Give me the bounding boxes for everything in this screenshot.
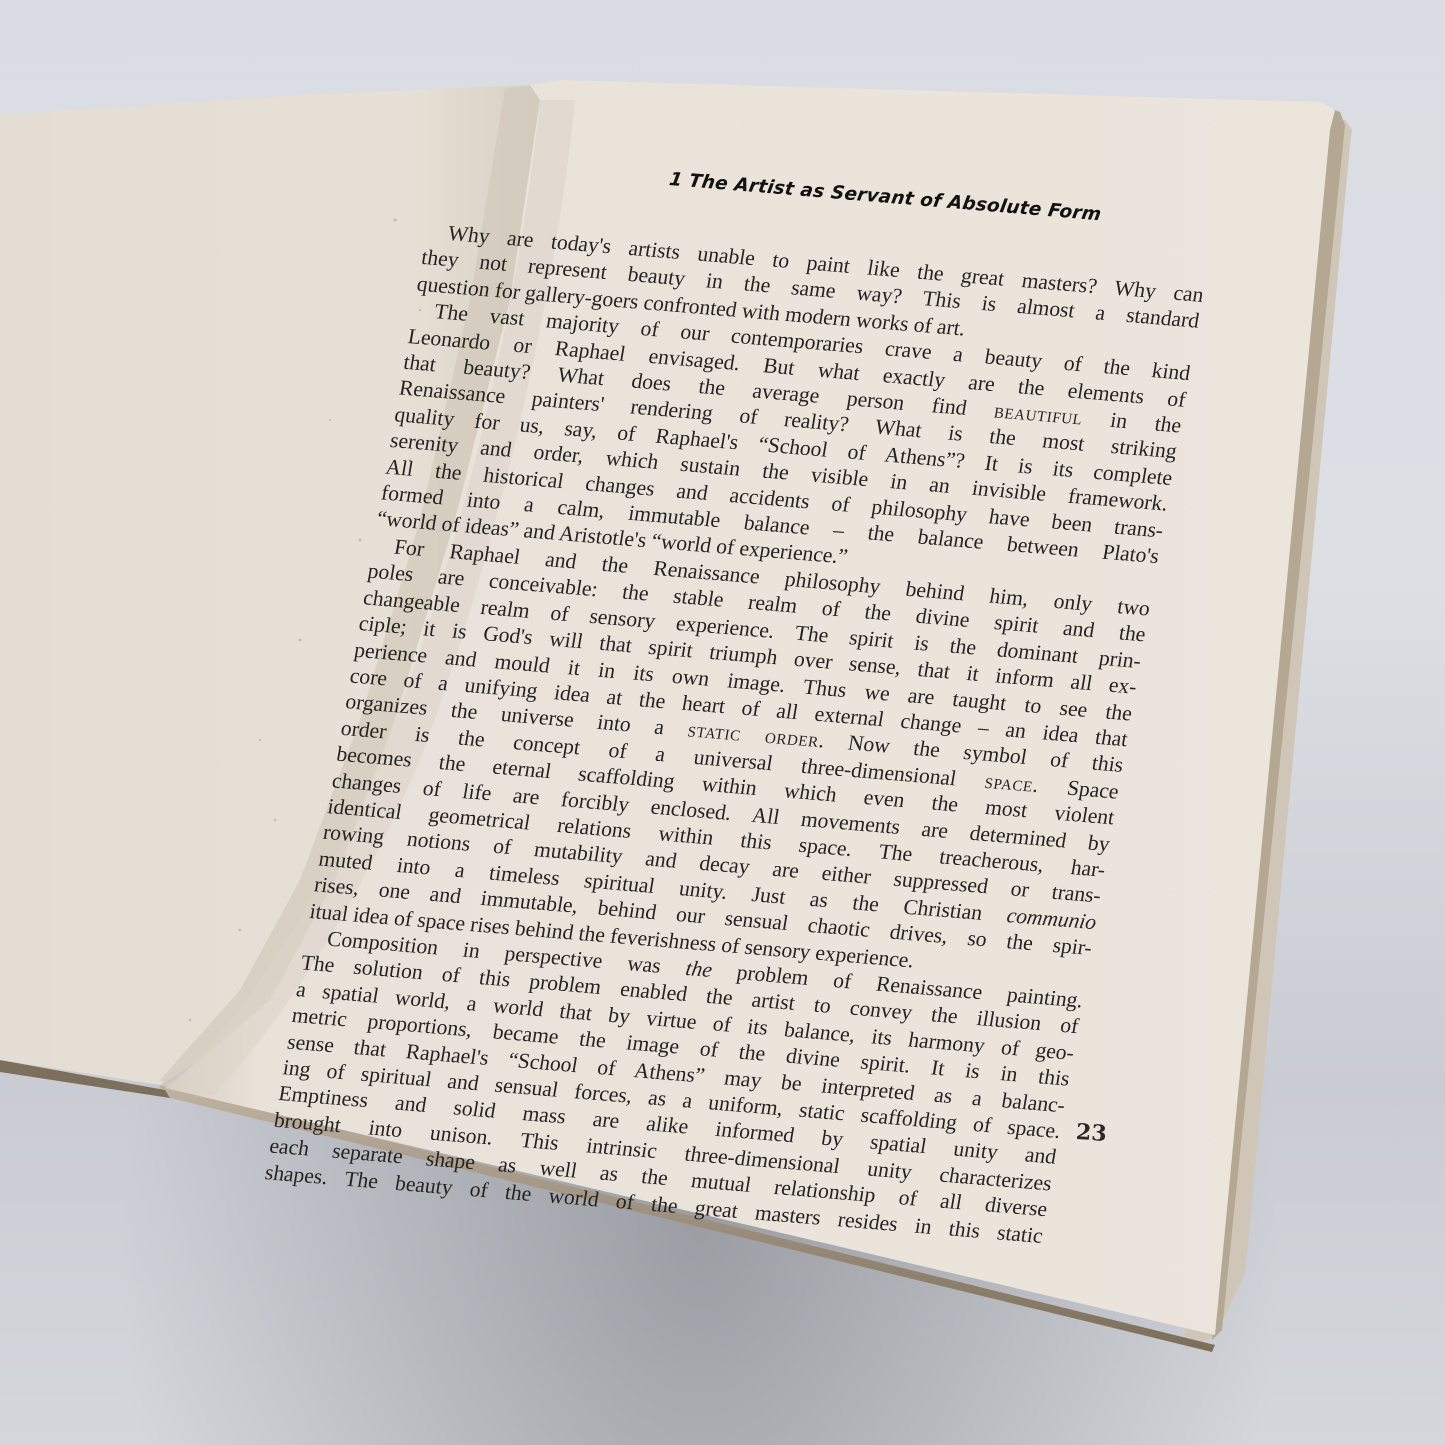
photo-scene: 1 The Artist as Servant of Absolute Form… (0, 0, 1445, 1445)
open-book (0, 0, 1445, 1445)
